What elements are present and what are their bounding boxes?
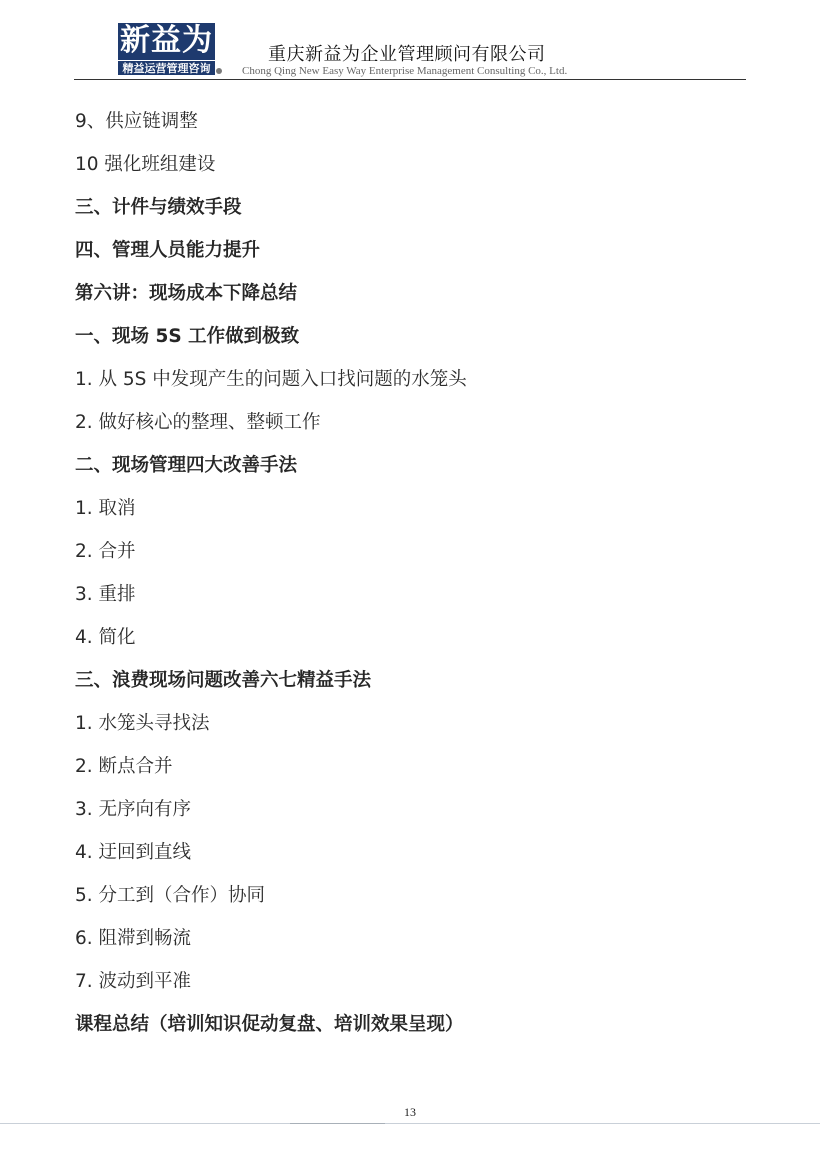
section-heading: 一、现场 5S 工作做到极致 bbox=[75, 320, 299, 354]
list-item: 2. 做好核心的整理、整顿工作 bbox=[75, 406, 321, 440]
list-item: 6. 阻滞到畅流 bbox=[75, 922, 191, 956]
list-item: 2. 合并 bbox=[75, 535, 136, 569]
header-divider bbox=[74, 79, 746, 80]
list-item: 10 强化班组建设 bbox=[75, 148, 215, 182]
list-item: 3. 无序向有序 bbox=[75, 793, 191, 827]
list-item: 1. 从 5S 中发现产生的问题入口找问题的水笼头 bbox=[75, 363, 467, 397]
company-name-cn: 重庆新益为企业管理顾问有限公司 bbox=[268, 40, 546, 66]
section-heading: 课程总结（培训知识促动复盘、培训效果呈现） bbox=[75, 1008, 464, 1042]
list-item: 4. 简化 bbox=[75, 621, 136, 655]
page-number: 13 bbox=[0, 1105, 820, 1120]
company-logo: 新益为 精益运营管理咨询 bbox=[118, 23, 215, 75]
company-name-en: Chong Qing New Easy Way Enterprise Manag… bbox=[242, 65, 567, 77]
list-item: 9、供应链调整 bbox=[75, 105, 198, 139]
footer-divider bbox=[0, 1123, 820, 1124]
list-item: 2. 断点合并 bbox=[75, 750, 173, 784]
section-heading: 四、管理人员能力提升 bbox=[75, 234, 260, 268]
section-heading: 三、浪费现场问题改善六七精益手法 bbox=[75, 664, 371, 698]
list-item: 7. 波动到平准 bbox=[75, 965, 191, 999]
logo-sub-text: 精益运营管理咨询 bbox=[118, 60, 215, 75]
list-item: 5. 分工到（合作）协同 bbox=[75, 879, 265, 913]
logo-main-text: 新益为 bbox=[118, 23, 215, 59]
page-header: 新益为 精益运营管理咨询 重庆新益为企业管理顾问有限公司 Chong Qing … bbox=[0, 0, 820, 90]
list-item: 3. 重排 bbox=[75, 578, 136, 612]
list-item: 1. 水笼头寻找法 bbox=[75, 707, 210, 741]
footer-divider-accent bbox=[290, 1123, 385, 1124]
section-heading: 三、计件与绩效手段 bbox=[75, 191, 242, 225]
list-item: 1. 取消 bbox=[75, 492, 136, 526]
list-item: 4. 迂回到直线 bbox=[75, 836, 191, 870]
logo-dot-icon bbox=[216, 68, 222, 74]
section-heading: 二、现场管理四大改善手法 bbox=[75, 449, 297, 483]
section-heading: 第六讲：现场成本下降总结 bbox=[75, 277, 297, 311]
